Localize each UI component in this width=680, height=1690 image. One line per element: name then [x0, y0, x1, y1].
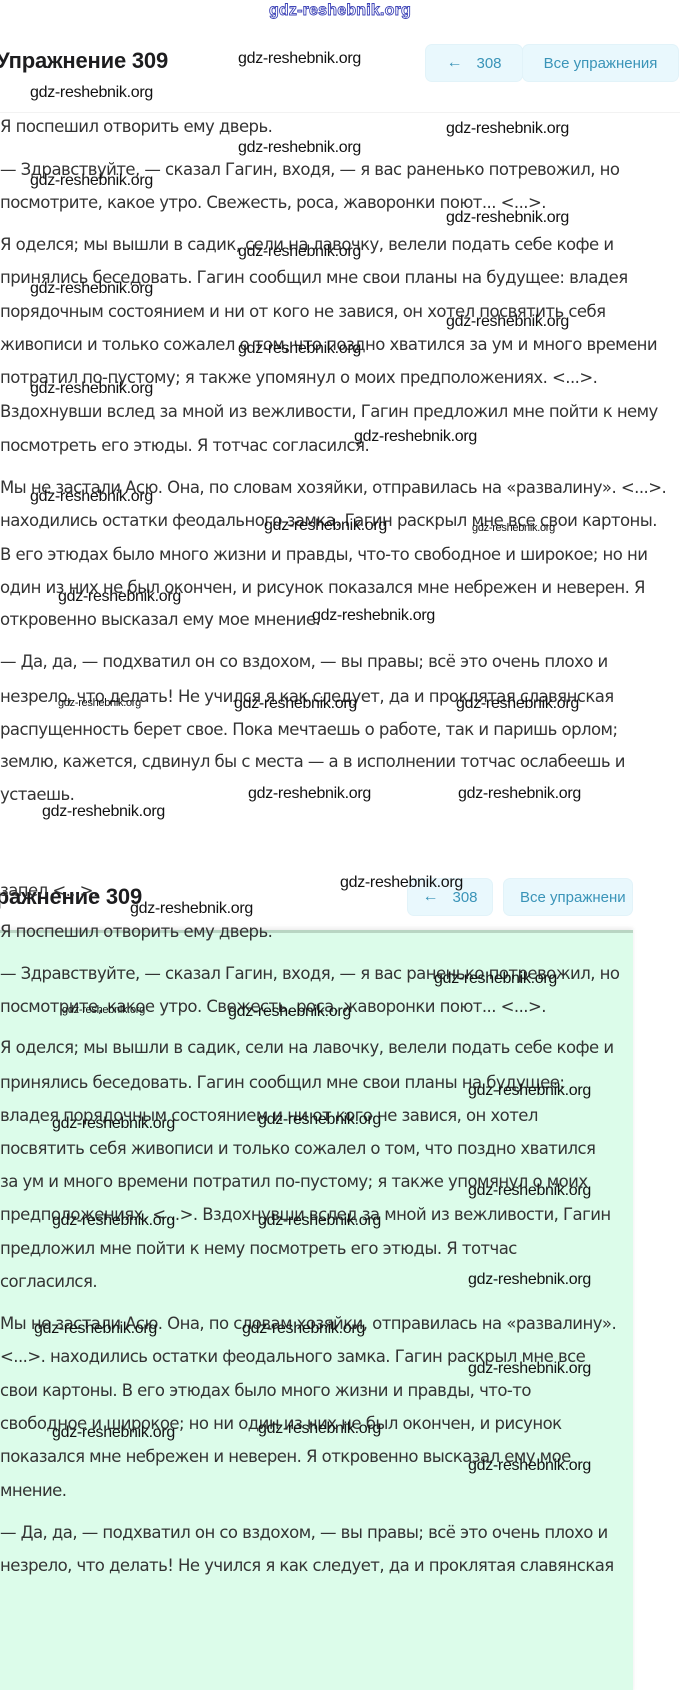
- page-title: Упражнение 309: [0, 48, 168, 74]
- text-line: откровенно высказал ему мое мнение.: [0, 610, 320, 629]
- watermark-text: gdz-reshebnik.org: [30, 488, 153, 506]
- all-exercises-label: Все упражнения: [544, 55, 658, 72]
- watermark-text: gdz-reshebnik.org: [468, 1360, 591, 1378]
- watermark-text: gdz-reshebnik.org: [468, 1182, 591, 1200]
- text-line: предложил мне пойти к нему посмотреть ег…: [0, 1239, 517, 1258]
- watermark-text: gdz-reshebnik.org: [228, 1003, 351, 1021]
- watermark-text: gdz-reshebnik.org: [468, 1271, 591, 1289]
- watermark-text: gdz-reshebnik.org: [468, 1082, 591, 1100]
- watermark-text: gdz-reshebnik.org: [434, 970, 557, 988]
- watermark-text: gdz-reshebnik.org: [234, 695, 357, 713]
- all-exercises-button[interactable]: Все упражнения: [522, 44, 679, 82]
- text-line: распущенность берет свое. Пока мечтаешь …: [0, 720, 617, 739]
- text-line: Я поспешил отворить ему дверь.: [0, 922, 272, 941]
- text-line: В его этюдах было много жизни и правды, …: [0, 545, 647, 564]
- watermark-text: gdz-reshebnik.org: [58, 588, 181, 606]
- text-line: свои картоны. В его этюдах было много жи…: [0, 1381, 531, 1400]
- watermark-text: gdz-reshebnik.org: [238, 139, 361, 157]
- watermark-text: gdz-reshebnik.org: [58, 697, 141, 709]
- text-line: согласился.: [0, 1272, 97, 1291]
- text-line: — Да, да, — подхватил он со вздохом, — в…: [0, 652, 608, 671]
- watermark-text: gdz-reshebnik.org: [472, 522, 555, 534]
- watermark-text: gdz-reshebnik.org: [340, 874, 463, 892]
- watermark-text: gdz-reshebnik.org: [62, 1004, 145, 1016]
- sticky-all-exercises-button[interactable]: Все упражнени: [503, 878, 633, 916]
- text-line: Я оделся; мы вышли в садик, сели на лаво…: [0, 1038, 614, 1057]
- watermark-text: gdz-reshebnik.org: [458, 785, 581, 803]
- watermark-text: gdz-reshebnik.org: [446, 313, 569, 331]
- watermark-text: gdz-reshebnik.org: [258, 1111, 381, 1129]
- watermark-text: gdz-reshebnik.org: [52, 1115, 175, 1133]
- text-line: незрело, что делать! Не учился я как сле…: [0, 1556, 614, 1575]
- header-divider: [0, 112, 680, 113]
- watermark-text: gdz-reshebnik.org: [354, 428, 477, 446]
- watermark-text: gdz-reshebnik.org: [52, 1212, 175, 1230]
- watermark-text: gdz-reshebnik.org: [42, 803, 165, 821]
- watermark-text: gdz-reshebnik.org: [30, 280, 153, 298]
- watermark-text: gdz-reshebnik.org: [248, 785, 371, 803]
- text-line: землю, кажется, сдвинул бы с места — а в…: [0, 752, 625, 771]
- text-line: посвятить себя живописи и только сожалел…: [0, 1139, 595, 1158]
- text-line: устаешь.: [0, 785, 74, 804]
- text-line: посмотреть его этюды. Я тотчас согласилс…: [0, 436, 369, 455]
- watermark-text: gdz-reshebnik.org: [30, 172, 153, 190]
- watermark-text: gdz-reshebnik.org: [258, 1212, 381, 1230]
- watermark-text: gdz-reshebnik.org: [468, 1457, 591, 1475]
- watermark-text: gdz-reshebnik.org: [34, 1320, 157, 1338]
- prev-exercise-button[interactable]: ← 308: [425, 44, 523, 82]
- watermark-text: gdz-reshebnik.org: [446, 120, 569, 138]
- site-watermark-logo: gdz-reshebnik.org: [0, 2, 680, 20]
- watermark-text: gdz-reshebnik.org: [238, 243, 361, 261]
- prev-exercise-label: 308: [476, 55, 501, 72]
- watermark-text: gdz-reshebnik.org: [264, 517, 387, 535]
- watermark-text: gdz-reshebnik.org: [30, 380, 153, 398]
- sticky-all-exercises-label: Все упражнени: [520, 889, 626, 906]
- watermark-text: gdz-reshebnik.org: [52, 1424, 175, 1442]
- watermark-text: gdz-reshebnik.org: [238, 340, 361, 358]
- watermark-text: gdz-reshebnik.org: [30, 84, 153, 102]
- text-line: Вздохнувши вслед за мной из вежливости, …: [0, 402, 658, 421]
- text-line: — Да, да, — подхватил он со вздохом, — в…: [0, 1523, 608, 1542]
- watermark-text: gdz-reshebnik.org: [456, 695, 579, 713]
- watermark-text: gdz-reshebnik.org: [130, 900, 253, 918]
- watermark-text: gdz-reshebnik.org: [258, 1420, 381, 1438]
- text-line: запел <...>.: [0, 881, 98, 900]
- watermark-text: gdz-reshebnik.org: [446, 209, 569, 227]
- text-line: мнение.: [0, 1481, 66, 1500]
- arrow-left-icon: ←: [446, 54, 462, 72]
- watermark-text: gdz-reshebnik.org: [238, 50, 361, 68]
- watermark-text: gdz-reshebnik.org: [312, 607, 435, 625]
- text-line: Я поспешил отворить ему дверь.: [0, 117, 272, 136]
- watermark-text: gdz-reshebnik.org: [242, 1320, 365, 1338]
